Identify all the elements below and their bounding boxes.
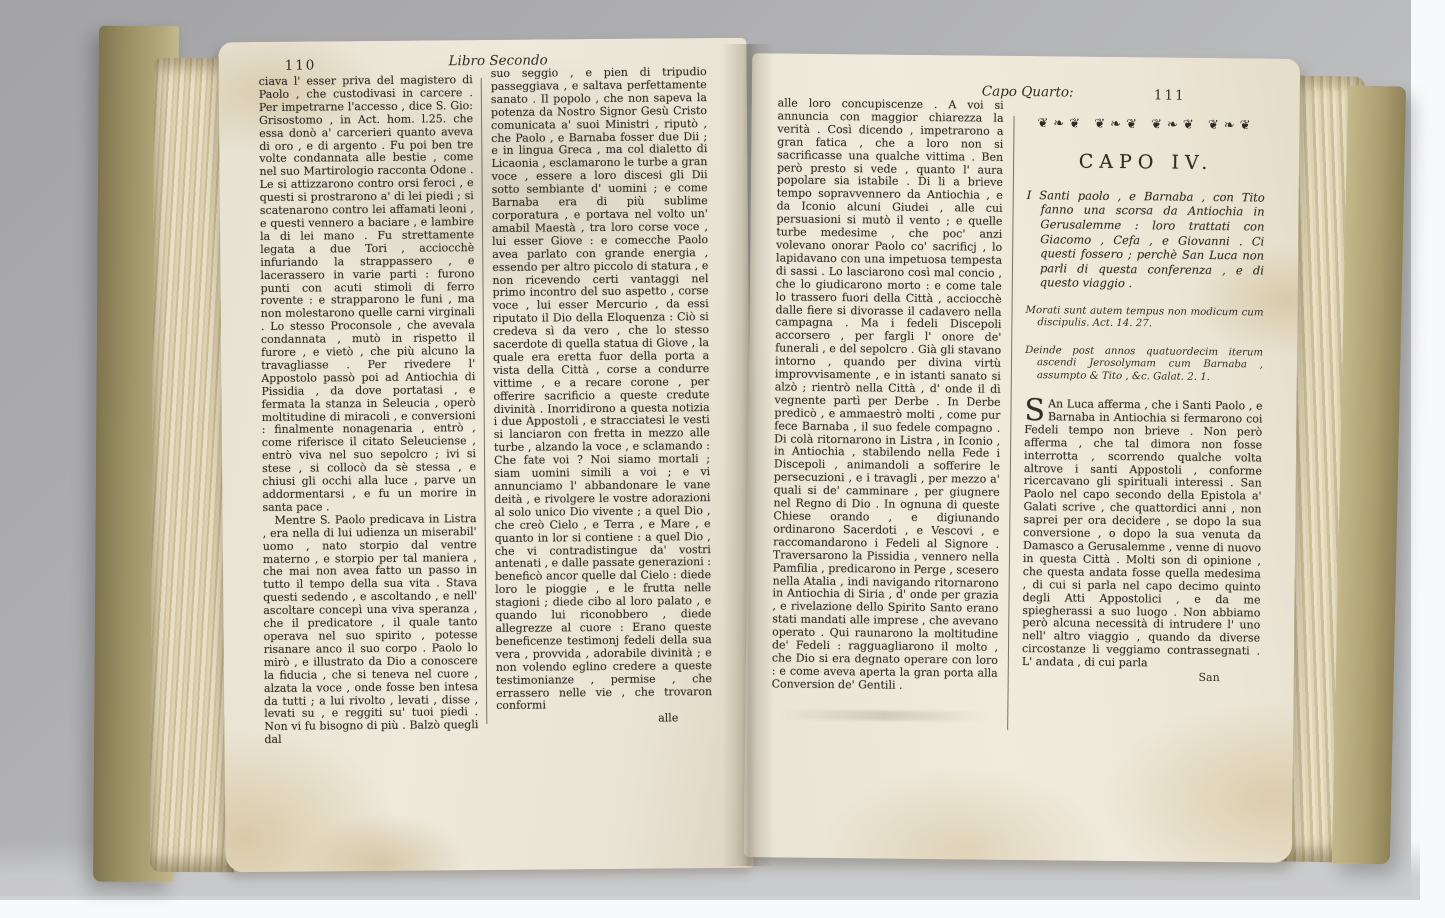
chapter-body: SAn Luca afferma , che i Santi Paolo , e… <box>1022 398 1263 672</box>
drop-cap: S <box>1024 398 1048 423</box>
catchword-left: alle <box>496 712 712 727</box>
right-column-2: ❦❧❦ ❦❧❦ ❦❧❦ ❦❧❦ CAPO IV. I Santi paolo ,… <box>1022 108 1266 685</box>
column-rule-left-page <box>481 78 488 724</box>
book-gutter-shadow <box>722 44 774 866</box>
catchword-right: San <box>1022 670 1260 685</box>
paragraph: Mentre S. Paolo predicava in Listra , er… <box>263 513 479 747</box>
latin-side-note: Morati sunt autem tempus non modicum cum… <box>1025 305 1263 332</box>
page-number-left: 110 <box>285 57 317 73</box>
bleedthrough-smudge <box>779 709 989 721</box>
book-photograph: 110 Libro Secondo ciava l' esser priva d… <box>0 0 1445 918</box>
page-left: 110 Libro Secondo ciava l' esser priva d… <box>218 38 753 873</box>
paragraph: ciava l' esser priva del magistero di Pa… <box>259 74 477 515</box>
column-rule-right-page <box>1007 116 1014 730</box>
left-column-2: suo seggio , e pien di tripudio passeggi… <box>491 66 713 727</box>
left-column-1: ciava l' esser priva del magistero di Pa… <box>259 74 479 747</box>
chapter-summary: I Santi paolo , e Barnaba , con Tito fan… <box>1026 188 1265 293</box>
chapter-heading: CAPO IV. <box>1027 155 1265 170</box>
fleuron-ornament-row: ❦❧❦ ❦❧❦ ❦❧❦ ❦❧❦ <box>1027 118 1265 133</box>
page-right: Capo Quarto: 111 alle loro concupiscenze… <box>744 53 1300 863</box>
background-strip-right <box>1411 0 1445 918</box>
paragraph: suo seggio , e pien di tripudio passeggi… <box>491 66 713 713</box>
latin-side-note: Deinde post annos quatuordecim iterum as… <box>1025 345 1263 385</box>
body-text: An Luca afferma , che i Santi Paolo , e … <box>1022 397 1263 669</box>
right-column-1: alle loro concupiscenze . A voi si annun… <box>772 97 1004 693</box>
paragraph: alle loro concupiscenze . A voi si annun… <box>772 97 1004 693</box>
page-number-right: 111 <box>1154 87 1186 103</box>
